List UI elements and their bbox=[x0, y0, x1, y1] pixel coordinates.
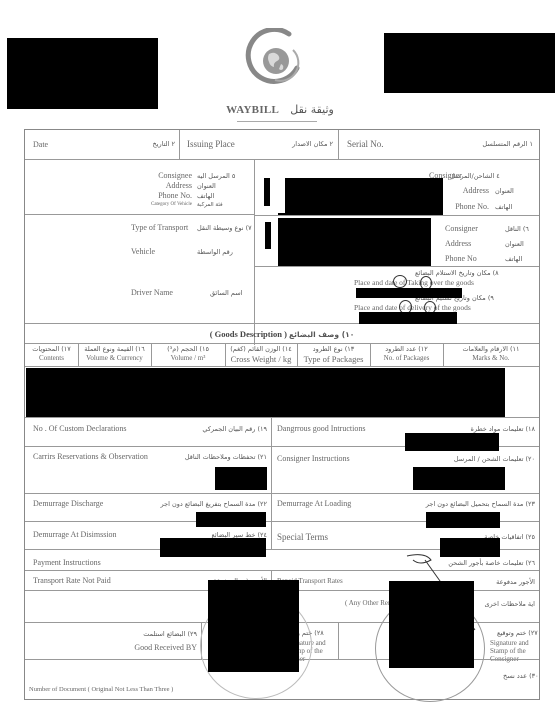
consignee-label: Consignee bbox=[120, 171, 192, 180]
redacted-demurrage-loading bbox=[426, 512, 500, 528]
goods-column-header-ar: ١٤) الوزن القائم (كغم) bbox=[225, 345, 297, 353]
goods-column-header: Type of Packages bbox=[297, 354, 370, 364]
redacted-consigner-signature bbox=[389, 581, 474, 668]
goods-column-header: Marks & No. bbox=[443, 354, 539, 362]
redacted-block-right bbox=[384, 33, 555, 93]
carrier-reservations-label-ar: ٢١) تحفظات وملاحظات الناقل bbox=[155, 453, 267, 461]
redacted-goods-rows bbox=[26, 368, 505, 417]
serial-no-label: Serial No. bbox=[347, 139, 384, 149]
divider bbox=[25, 214, 254, 215]
redacted-dangerous-info bbox=[405, 433, 499, 451]
goods-column-header: Volume & Currency bbox=[78, 354, 151, 362]
custom-declarations-label: No . Of Custom Declarations bbox=[33, 424, 127, 433]
consigner-instructions-label-ar: ٢٠) تعليمات الشحن / المرسل bbox=[425, 455, 535, 463]
redacted-dismission bbox=[160, 538, 266, 557]
consignee-phone-label-ar: الهاتف bbox=[197, 192, 214, 200]
goods-column-header-ar: ١٦) القيمة ونوع العملة bbox=[78, 345, 151, 353]
consigner-address-label-ar: العنوان bbox=[495, 187, 514, 195]
divider bbox=[25, 417, 539, 418]
divider bbox=[254, 266, 539, 267]
title-underline bbox=[237, 121, 317, 122]
handwritten-circle bbox=[393, 275, 407, 288]
dangerous-goods-label: Dangrrous good Intructions bbox=[277, 424, 365, 433]
divider bbox=[254, 159, 255, 345]
custom-declarations-label-ar: ١٩) رقم البيان الجمركي bbox=[175, 425, 267, 433]
demurrage-loading-label-ar: ٢٣) مدة السماح بتحميل البضائع دون اجر bbox=[385, 500, 535, 508]
delivery-label: Place and date of delivery of the goods bbox=[354, 303, 471, 312]
carrier-label-ar: ٦) الناقل bbox=[505, 225, 529, 233]
consignee-address-label: Address bbox=[120, 181, 192, 190]
goods-column-header-ar: ١٥) الحجم (م³) bbox=[151, 345, 225, 353]
carrier-reservations-label: Carrirs Reservations & Observation bbox=[33, 452, 148, 461]
goods-column-header: No. of Packages bbox=[370, 354, 443, 362]
dangerous-goods-label-ar: ١٨) تعليمات مواد خطرة bbox=[425, 425, 535, 433]
redacted-delivery-info bbox=[359, 312, 457, 324]
serial-no-label-ar: ١ الرقم المتسلسل bbox=[455, 140, 533, 148]
consignee-label-ar: ٥ المرسل اليه bbox=[197, 172, 235, 180]
vehicle-category-label-ar: فئة المركبة bbox=[197, 202, 223, 208]
demurrage-dismission-label: Demurrage At Disimssion bbox=[33, 530, 117, 539]
redacted-special-terms bbox=[440, 538, 500, 557]
redacted-consigner-instructions bbox=[413, 467, 505, 490]
carrier-address-label: Address bbox=[445, 239, 471, 248]
carrier-label: Consigner bbox=[445, 224, 478, 233]
redacted-consignee-info bbox=[264, 178, 270, 206]
title-english: WAYBILL bbox=[226, 104, 279, 116]
redacted-demurrage-discharge bbox=[196, 512, 266, 527]
redacted-taking-over-info bbox=[356, 288, 462, 298]
goods-column-header-ar: ١٧) المحتويات bbox=[25, 345, 78, 353]
carrier-phone-label: Phone No bbox=[445, 254, 477, 263]
consigner-instructions-label: Consigner Instructions bbox=[277, 454, 350, 463]
globe-logo-icon bbox=[245, 28, 305, 88]
driver-name-label: Driver Name bbox=[131, 288, 173, 297]
goods-column-header-ar: ١٣) نوع الطرود bbox=[297, 345, 370, 353]
carrier-phone-label-ar: الهاتف bbox=[505, 255, 522, 263]
divider bbox=[25, 323, 539, 324]
redacted-carrier-reservations bbox=[215, 467, 267, 490]
goods-description-heading: ( Goods Description ) ١٠) وصف البضائع bbox=[25, 329, 539, 339]
driver-name-label-ar: اسم السائق bbox=[210, 289, 242, 297]
goods-received-label: Good Received BY bbox=[105, 643, 197, 652]
demurrage-loading-label: Demurrage At Loading bbox=[277, 499, 351, 508]
goods-received-label-ar: ٢٩) البضائع استلمت bbox=[105, 630, 197, 638]
issuing-place-label-ar: ٢ مكان الاصدار bbox=[265, 140, 333, 148]
demurrage-discharge-label: Demurrage Discharge bbox=[33, 499, 103, 508]
rate-not-paid-label: Transport Rate Not Paid bbox=[33, 576, 111, 585]
divider bbox=[254, 215, 539, 216]
goods-heading-ar: ١٠) وصف البضائع bbox=[289, 330, 354, 339]
transport-type-label: Type of Transport bbox=[131, 223, 188, 232]
date-label: Date bbox=[33, 140, 48, 149]
vehicle-label: Vehicle bbox=[131, 247, 155, 256]
divider bbox=[179, 130, 180, 159]
consignee-phone-label: Phone No. bbox=[120, 191, 192, 200]
date-label-ar: ٢ التاريخ bbox=[115, 140, 175, 148]
divider bbox=[25, 366, 539, 367]
redacted-vehicle-info bbox=[265, 222, 271, 249]
goods-column-header: Contents bbox=[25, 354, 78, 362]
divider bbox=[271, 417, 272, 549]
num-documents-label: Number of Document ( Original Not Less T… bbox=[29, 686, 173, 693]
divider bbox=[25, 493, 539, 494]
redacted-consigner-info bbox=[285, 178, 443, 213]
taking-over-label: Place and date of Taking over the goods bbox=[354, 278, 474, 287]
goods-column-header: Cross Weight / kg bbox=[225, 354, 297, 364]
vehicle-category-label: Category Of Vehicle bbox=[120, 202, 192, 207]
divider bbox=[25, 343, 539, 344]
redacted-block-left bbox=[7, 38, 158, 109]
consigner-phone-label-ar: الهاتف bbox=[495, 203, 512, 211]
transport-type-label-ar: ٧) نوع وسيطة النقل bbox=[197, 224, 252, 232]
goods-column-header: Volume / m³ bbox=[151, 354, 225, 362]
redacted-carrier-signature bbox=[208, 580, 299, 672]
payment-instructions-label: Payment Instructions bbox=[33, 558, 101, 567]
redacted-carrier-info bbox=[278, 218, 431, 266]
num-documents-label-ar: ٣٠) عدد نسخ bbox=[503, 672, 539, 680]
divider bbox=[338, 622, 339, 659]
divider bbox=[338, 130, 339, 159]
demurrage-discharge-label-ar: ٢٢) مدة السماح بتفريغ البضائع دون اجر bbox=[125, 500, 267, 508]
consignee-address-label-ar: العنوان bbox=[197, 182, 216, 190]
special-terms-label: Special Terms bbox=[277, 532, 328, 542]
divider bbox=[25, 159, 539, 160]
goods-column-header-ar: ١٢) عدد الطرود bbox=[370, 345, 443, 353]
title-arabic: وثيقة نقل bbox=[290, 103, 334, 116]
consigner-signature-label-ar: ٢٧) ختم وتوقيع bbox=[497, 629, 538, 637]
vehicle-label-ar: رقم الواسطة bbox=[197, 248, 233, 256]
goods-heading-en: ( Goods Description ) bbox=[210, 329, 287, 339]
carrier-address-label-ar: العنوان bbox=[505, 240, 524, 248]
goods-column-header-ar: ١١) الارقام والعلامات bbox=[443, 345, 539, 353]
redacted-consigner-info bbox=[278, 213, 443, 215]
issuing-place-label: Issuing Place bbox=[187, 139, 235, 149]
document-title: WAYBILL وثيقة نقل bbox=[215, 103, 345, 116]
